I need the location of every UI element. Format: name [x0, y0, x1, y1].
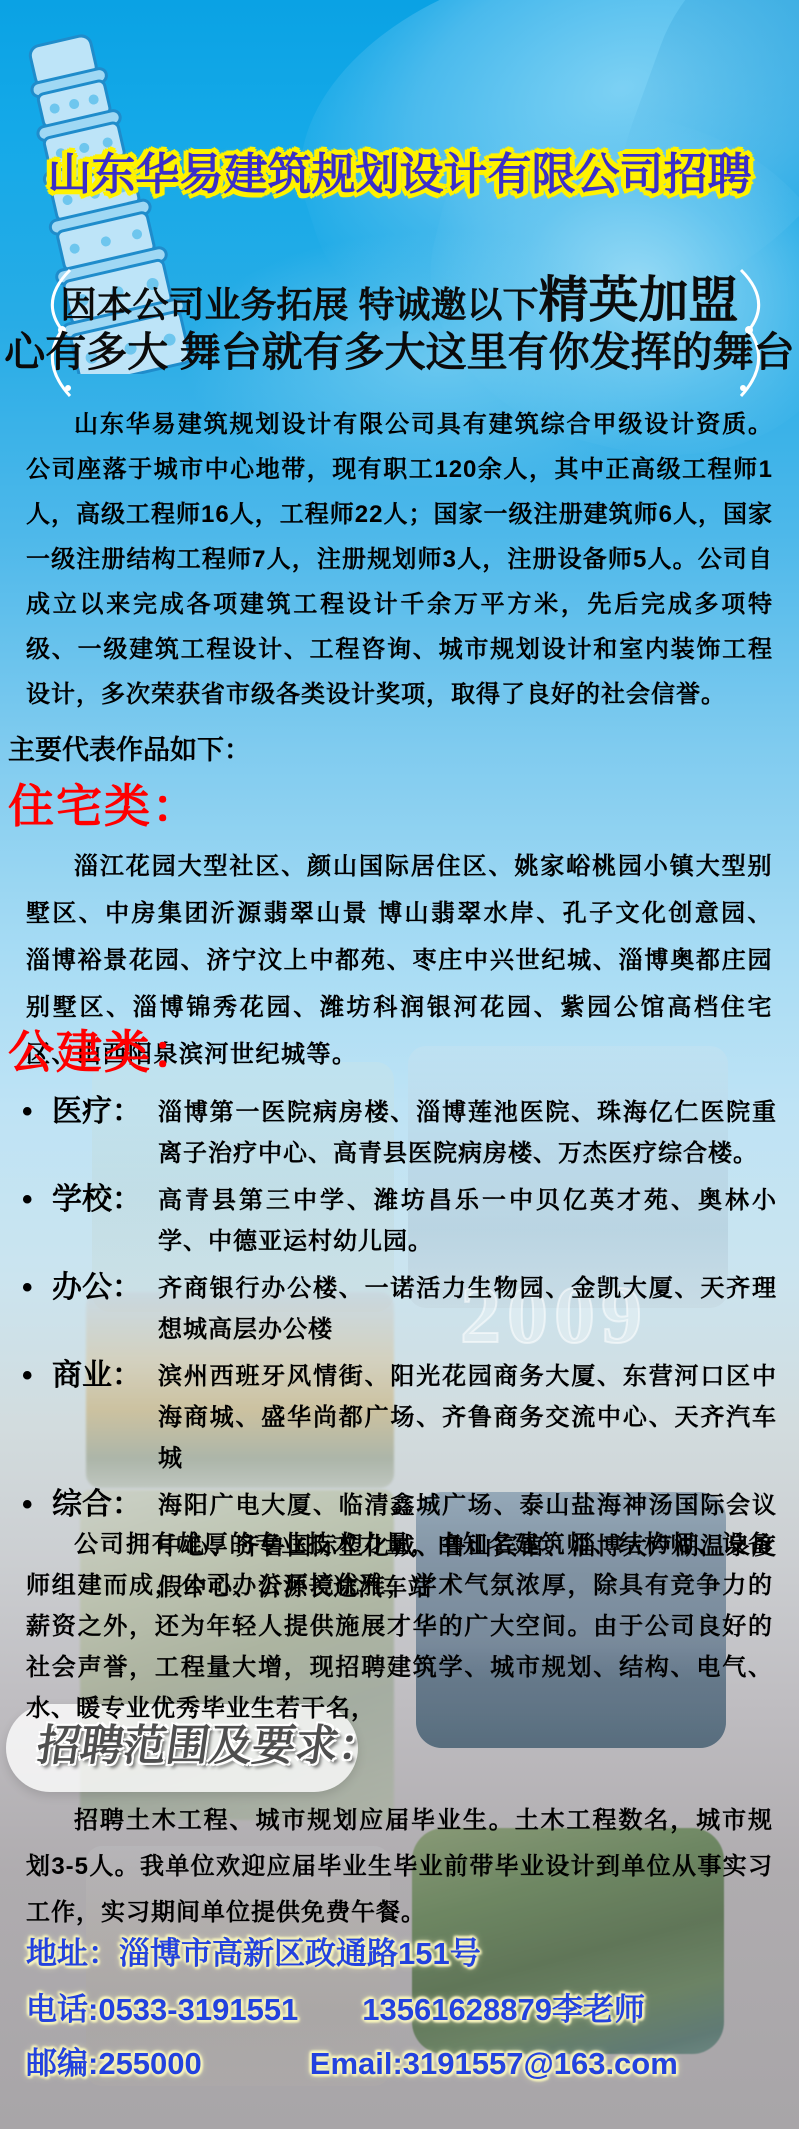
slogan-line1: 因本公司业务拓展 特诚邀以下精英加盟 — [0, 276, 799, 329]
contact-postcode: 邮编:255000 — [26, 2046, 202, 2081]
category-row-schools: • 学校： 高青县第三中学、潍坊昌乐一中贝亿英才苑、奥林小学、中德亚运村幼儿园。 — [22, 1180, 777, 1262]
contact-email: Email:3191557@163.com — [310, 2046, 678, 2081]
category-label: 商业： — [52, 1356, 158, 1479]
contact-phone: 电话:0533-3191551 — [26, 1992, 298, 2027]
category-label: 医疗： — [52, 1092, 158, 1174]
recruitment-poster: { "poster": { "title": "山东华易建筑规划设计有限公司招聘… — [0, 0, 799, 2129]
slogan-line1-prefix: 因本公司业务拓展 特诚邀以下 — [60, 284, 538, 325]
requirements-heading: 招聘范围及要求： — [34, 1712, 387, 1773]
category-content: 齐商银行办公楼、一诺活力生物园、金凯大厦、天齐理想城高层办公楼 — [158, 1268, 777, 1350]
bullet-icon: • — [22, 1180, 52, 1262]
contact-address: 地址：淄博市高新区政通路151号 — [26, 1928, 481, 1973]
bullet-icon: • — [22, 1356, 52, 1479]
slogan-line2: 心有多大 舞台就有多大这里有你发挥的舞台 — [0, 329, 799, 375]
company-intro-paragraph: 山东华易建筑规划设计有限公司具有建筑综合甲级设计资质。公司座落于城市中心地带，现… — [26, 402, 773, 717]
slogan: 因本公司业务拓展 特诚邀以下精英加盟 心有多大 舞台就有多大这里有你发挥的舞台 — [0, 276, 799, 375]
public-buildings-heading: 公建类： — [8, 1016, 200, 1082]
category-label: 学校： — [52, 1180, 158, 1262]
requirements-paragraph: 招聘土木工程、城市规划应届毕业生。土木工程数名，城市规划3-5人。我单位欢迎应届… — [26, 1798, 773, 1936]
category-content: 淄博第一医院病房楼、淄博莲池医院、珠海亿仁医院重离子治疗中心、高青县医院病房楼、… — [158, 1092, 777, 1174]
contact-phone-line: 电话:0533-319155113561628879李老师 — [26, 1984, 645, 2029]
company-strength-paragraph: 公司拥有雄厚的专业技术力量，由知名建筑师、结构师、设备师组建而成，公司办公环境优… — [26, 1524, 773, 1729]
bullet-icon: • — [22, 1092, 52, 1174]
category-content: 滨州西班牙风情街、阳光花园商务大厦、东营河口区中海商城、盛华尚都广场、齐鲁商务交… — [158, 1356, 777, 1479]
category-row-medical: • 医疗： 淄博第一医院病房楼、淄博莲池医院、珠海亿仁医院重离子治疗中心、高青县… — [22, 1092, 777, 1174]
contact-mobile: 13561628879李老师 — [362, 1992, 645, 2027]
works-intro-label: 主要代表作品如下： — [8, 728, 251, 767]
category-content: 高青县第三中学、潍坊昌乐一中贝亿英才苑、奥林小学、中德亚运村幼儿园。 — [158, 1180, 777, 1262]
category-row-office: • 办公： 齐商银行办公楼、一诺活力生物园、金凯大厦、天齐理想城高层办公楼 — [22, 1268, 777, 1350]
residential-heading: 住宅类： — [8, 770, 200, 836]
slogan-line1-highlight: 精英加盟 — [539, 272, 739, 328]
contact-postcode-line: 邮编:255000Email:3191557@163.com — [26, 2038, 678, 2083]
bullet-icon: • — [22, 1268, 52, 1350]
category-label: 办公： — [52, 1268, 158, 1350]
poster-title: 山东华易建筑规划设计有限公司招聘 — [0, 138, 799, 202]
category-row-commercial: • 商业： 滨州西班牙风情街、阳光花园商务大厦、东营河口区中海商城、盛华尚都广场… — [22, 1356, 777, 1479]
